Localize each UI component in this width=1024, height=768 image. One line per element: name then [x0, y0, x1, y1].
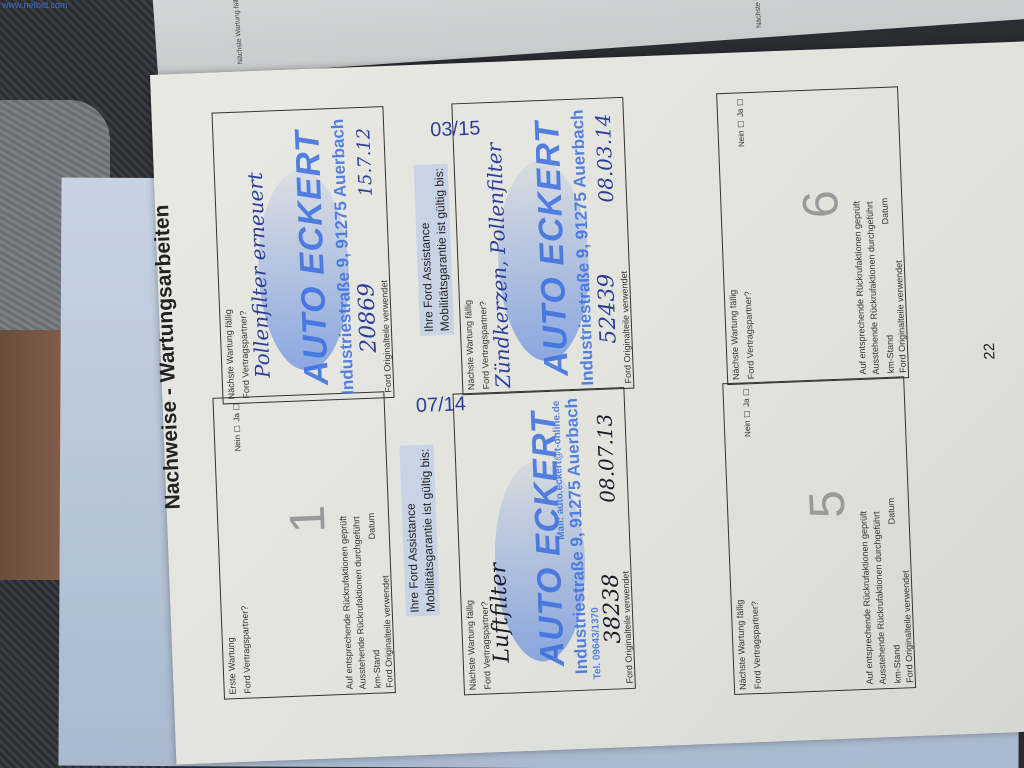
assistance-box-2: Ihre Ford Assistance Mobilitätsgarantie … — [414, 164, 455, 337]
partner-yes-no: Nein ☐ Ja ☐ — [735, 97, 746, 147]
card-header: Nächste Wartung fällig — [223, 309, 236, 400]
entry-number: 1 — [278, 504, 337, 534]
original-parts-label: Ford Originalteile verwendet — [894, 261, 908, 374]
partner-yes-no: Nein ☐ Ja ☐ — [232, 402, 243, 452]
original-parts-label: Ford Originalteile verwendet — [619, 271, 633, 384]
entry-number: 6 — [791, 189, 850, 219]
card-header: Nächste Wartung fällig — [728, 289, 741, 380]
service-book-page: Nachweise - Wartungsarbeiten 22 Erste Wa… — [150, 41, 1024, 764]
date-label: Datum — [886, 498, 897, 525]
original-parts-label: Ford Originalteile verwendet — [901, 571, 915, 684]
date-label: Datum — [879, 198, 890, 225]
card-header: Nächste Wartung fällig — [735, 599, 748, 690]
km-label: km-Stand — [891, 645, 902, 684]
handwritten-date: 08.07.13 — [592, 413, 619, 503]
card-header: Nächste Wartung fällig — [463, 300, 476, 391]
card-header: Erste Wartung — [226, 637, 238, 695]
service-card-4: Nächste Wartung fällig Ford Vertragspart… — [451, 97, 634, 395]
facing-page-label: Nächste Wartung fällig — [751, 0, 763, 28]
facing-page-label: Nächste Wartung fällig — [233, 0, 245, 64]
km-label: km-Stand — [885, 335, 896, 374]
handwritten-km: 52439 — [594, 273, 622, 344]
handwritten-date: 08.03.14 — [591, 113, 618, 203]
page-number: 22 — [981, 343, 999, 360]
original-parts-label: Ford Originalteile verwendet — [379, 280, 393, 393]
original-parts-label: Ford Originalteile verwendet — [620, 571, 634, 684]
partner-label: Ford Vertragspartner? — [743, 291, 756, 379]
partner-label: Ford Vertragspartner? — [750, 601, 763, 689]
date-label: Datum — [366, 513, 377, 540]
assistance-box-1: Ihre Ford Assistance Mobilitätsgarantie … — [399, 444, 440, 617]
service-card-2: Nächste Wartung fällig Ford Vertragspart… — [211, 106, 394, 404]
original-parts-label: Ford Originalteile verwendet — [380, 576, 394, 689]
partner-yes-no: Nein ☐ Ja ☐ — [741, 387, 752, 437]
handwritten-km: 20869 — [354, 282, 382, 353]
watermark: www.netbid.com — [2, 0, 68, 10]
partner-label: Ford Vertragspartner? — [239, 606, 252, 694]
service-card-1: Erste Wartung Ford Vertragspartner? Nein… — [212, 391, 395, 699]
km-label: km-Stand — [371, 650, 382, 689]
card-header: Nächste Wartung fällig — [464, 600, 477, 691]
handwritten-date: 15.7.12 — [353, 127, 377, 196]
entry-number: 5 — [797, 489, 856, 519]
service-card-5: Nächste Wartung fällig Ford Vertragspart… — [722, 376, 916, 695]
handwritten-note: Luftfilter — [486, 563, 515, 664]
service-card-6: Nächste Wartung fällig Ford Vertragspart… — [716, 86, 909, 385]
service-card-3: Nächste Wartung fällig Ford Vertragspart… — [452, 387, 635, 695]
